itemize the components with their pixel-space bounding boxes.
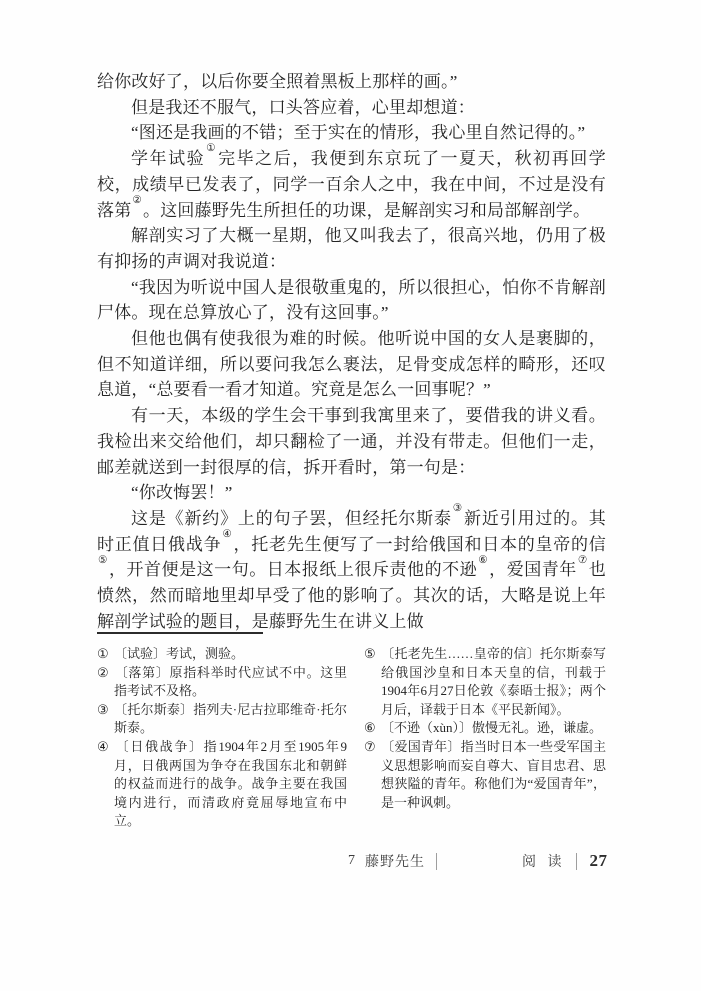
footnote-number: ① [97,645,114,664]
footnote-separator-rule [97,632,263,634]
footnote-number: ⑤ [364,645,381,664]
footnote-item: ①〔试验〕考试，测验。 [97,645,347,664]
footer-page-info: 阅 读 27 [522,850,608,872]
page-number: 27 [590,851,608,871]
footnote-item: ⑤〔托老先生……皇帝的信〕托尔斯泰写给俄国沙皇和日本天皇的信，刊载于1904年6… [364,645,606,719]
paragraph: 但是我还不服气，口头答应着，心里却想道： [97,95,606,121]
paragraph: “我因为听说中国人是很敬重鬼的，所以很担心，怕你不肯解剖尸体。现在总算放心了，没… [97,275,606,326]
footnote-reference-marker: ⑦ [577,555,589,566]
paragraph: “图还是我画的不错；至于实在的情形，我心里自然记得的。” [97,120,606,146]
textbook-page: 给你改好了，以后你要全照着黑板上那样的画。”但是我还不服气，口头答应着，心里却想… [0,0,701,991]
footnote-number: ② [97,664,114,683]
footer-lesson-info: 7 藤野先生 [348,850,437,872]
footnote-item: ②〔落第〕原指科举时代应试不中。这里指考试不及格。 [97,664,347,701]
footer-divider-line [576,853,577,870]
footnote-reference-marker: ③ [452,503,464,514]
lesson-title: 藤野先生 [365,851,425,871]
body-text: 给你改好了，以后你要全照着黑板上那样的画。”但是我还不服气，口头答应着，心里却想… [97,69,606,634]
footnote-item: ④〔日俄战争〕指1904年2月至1905年9月，日俄两国为争夺在我国东北和朝鲜的… [97,738,347,831]
paragraph: 有一天，本级的学生会干事到我寓里来了，要借我的讲义看。我检出来交给他们，却只翻检… [97,403,606,480]
footnote-reference-marker: ② [131,195,143,206]
footnote-number: ④ [97,738,114,757]
footnotes-column-right: ⑤〔托老先生……皇帝的信〕托尔斯泰写给俄国沙皇和日本天皇的信，刊载于1904年6… [364,645,606,831]
footer-divider-line [436,853,437,870]
paragraph: 但他也偶有使我很为难的时候。他听说中国的女人是裹脚的，但不知道详细，所以要问我怎… [97,326,606,403]
footnote-number: ⑦ [364,738,381,757]
footnotes-column-left: ①〔试验〕考试，测验。②〔落第〕原指科举时代应试不中。这里指考试不及格。③〔托尔… [97,645,347,831]
footnotes-section: ①〔试验〕考试，测验。②〔落第〕原指科举时代应试不中。这里指考试不及格。③〔托尔… [97,645,606,831]
footnote-item: ⑦〔爱国青年〕指当时日本一些受军国主义思想影响而妄自尊大、盲目忠君、思想狭隘的青… [364,738,606,812]
section-label: 阅 读 [522,851,566,871]
footnote-item: ③〔托尔斯泰〕指列夫·尼古拉耶维奇·托尔斯泰。 [97,701,347,738]
footnote-reference-marker: ⑤ [97,555,109,566]
footnote-number: ③ [97,701,114,720]
footnote-reference-marker: ④ [221,529,233,540]
footnote-item: ⑥〔不逊（xùn）〕傲慢无礼。逊，谦虚。 [364,719,606,738]
paragraph: 学年试验①完毕之后，我便到东京玩了一夏天，秋初再回学校，成绩早已发表了，同学一百… [97,146,606,223]
footnote-reference-marker: ① [205,143,218,154]
paragraph: 解剖实习了大概一星期，他又叫我去了，很高兴地，仍用了极有抑扬的声调对我说道： [97,223,606,274]
paragraph: “你改悔罢！” [97,480,606,506]
footnote-reference-marker: ⑥ [477,555,489,566]
lesson-number: 7 [348,853,355,869]
paragraph: 这是《新约》上的句子罢，但经托尔斯泰③新近引用过的。其时正值日俄战争④，托老先生… [97,506,606,635]
footnote-number: ⑥ [364,719,381,738]
paragraph: 给你改好了，以后你要全照着黑板上那样的画。” [97,69,606,95]
page-footer: 7 藤野先生 阅 读 27 [0,850,701,872]
